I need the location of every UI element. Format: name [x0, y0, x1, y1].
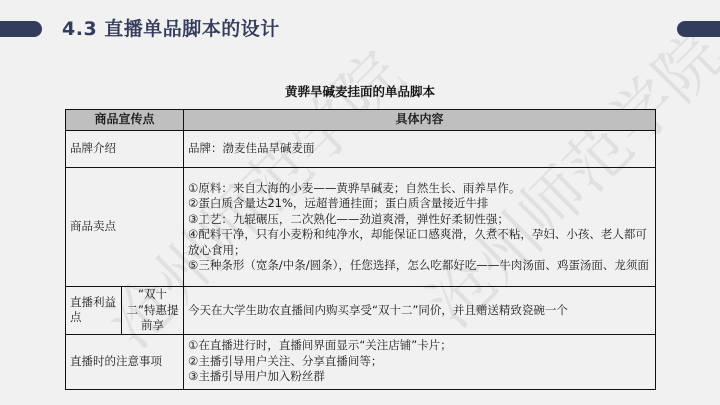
table-header-row: 商品宣传点 具体内容	[66, 110, 656, 131]
table-row-brand: 品牌介绍 品牌：渤麦佳品旱碱麦面	[66, 131, 656, 168]
selling-point-5: ⑤三种条形（宽条/中条/圆条），任您选择，怎么吃都好吃——牛肉汤面、鸡蛋汤面、龙…	[188, 258, 651, 274]
table-row-live-benefit: 直播利益点 “双十二”特惠提前享 今天在大学生助农直播间内购买享受“双十二”同价…	[66, 287, 656, 335]
row-label: 直播利益点	[66, 287, 122, 335]
row-content: ①在直播进行时，直播间界面显示“关注店铺”卡片； ②主播引导用户关注、分享直播间…	[184, 334, 656, 389]
header-detail-content: 具体内容	[184, 110, 656, 131]
selling-point-1: ①原料：来自大海的小麦——黄骅旱碱麦；自然生长、雨养旱作。	[188, 181, 651, 197]
table-row-selling-points: 商品卖点 ①原料：来自大海的小麦——黄骅旱碱麦；自然生长、雨养旱作。 ②蛋白质含…	[66, 168, 656, 287]
table-row-live-notes: 直播时的注意事项 ①在直播进行时，直播间界面显示“关注店铺”卡片； ②主播引导用…	[66, 334, 656, 389]
title-accent-bar-right	[677, 21, 720, 37]
row-content: 今天在大学生助农直播间内购买享受“双十二”同价，并且赠送精致瓷碗一个	[184, 287, 656, 335]
row-label: 直播时的注意事项	[66, 334, 184, 389]
row-label: 商品卖点	[66, 168, 184, 287]
header-promo-point: 商品宣传点	[66, 110, 184, 131]
row-label: 品牌介绍	[66, 131, 184, 168]
row-content: ①原料：来自大海的小麦——黄骅旱碱麦；自然生长、雨养旱作。 ②蛋白质含量达21%…	[184, 168, 656, 287]
title-accent-bar-left	[0, 21, 42, 37]
note-1: ①在直播进行时，直播间界面显示“关注店铺”卡片；	[188, 338, 651, 354]
note-3: ③主播引导用户加入粉丝群	[188, 369, 651, 385]
slide-title: 4.3 直播单品脚本的设计	[62, 14, 280, 44]
selling-point-2: ②蛋白质含量达21%，远超普通挂面；蛋白质含量接近牛排	[188, 196, 651, 212]
table-caption: 黄骅旱碱麦挂面的单品脚本	[65, 82, 655, 100]
product-script-table: 商品宣传点 具体内容 品牌介绍 品牌：渤麦佳品旱碱麦面 商品卖点 ①原料：来自大…	[65, 109, 656, 390]
selling-point-4: ④配料干净，只有小麦粉和纯净水，却能保证口感爽滑，久煮不粘，孕妇、小孩、老人都可…	[188, 227, 651, 258]
note-2: ②主播引导用户关注、分享直播间等；	[188, 354, 651, 370]
row-content: 品牌：渤麦佳品旱碱麦面	[184, 131, 656, 168]
selling-point-3: ③工艺：九辊碾压，二次熟化——劲道爽滑，弹性好柔韧性强；	[188, 212, 651, 228]
row-sub-label: “双十二”特惠提前享	[122, 287, 184, 335]
